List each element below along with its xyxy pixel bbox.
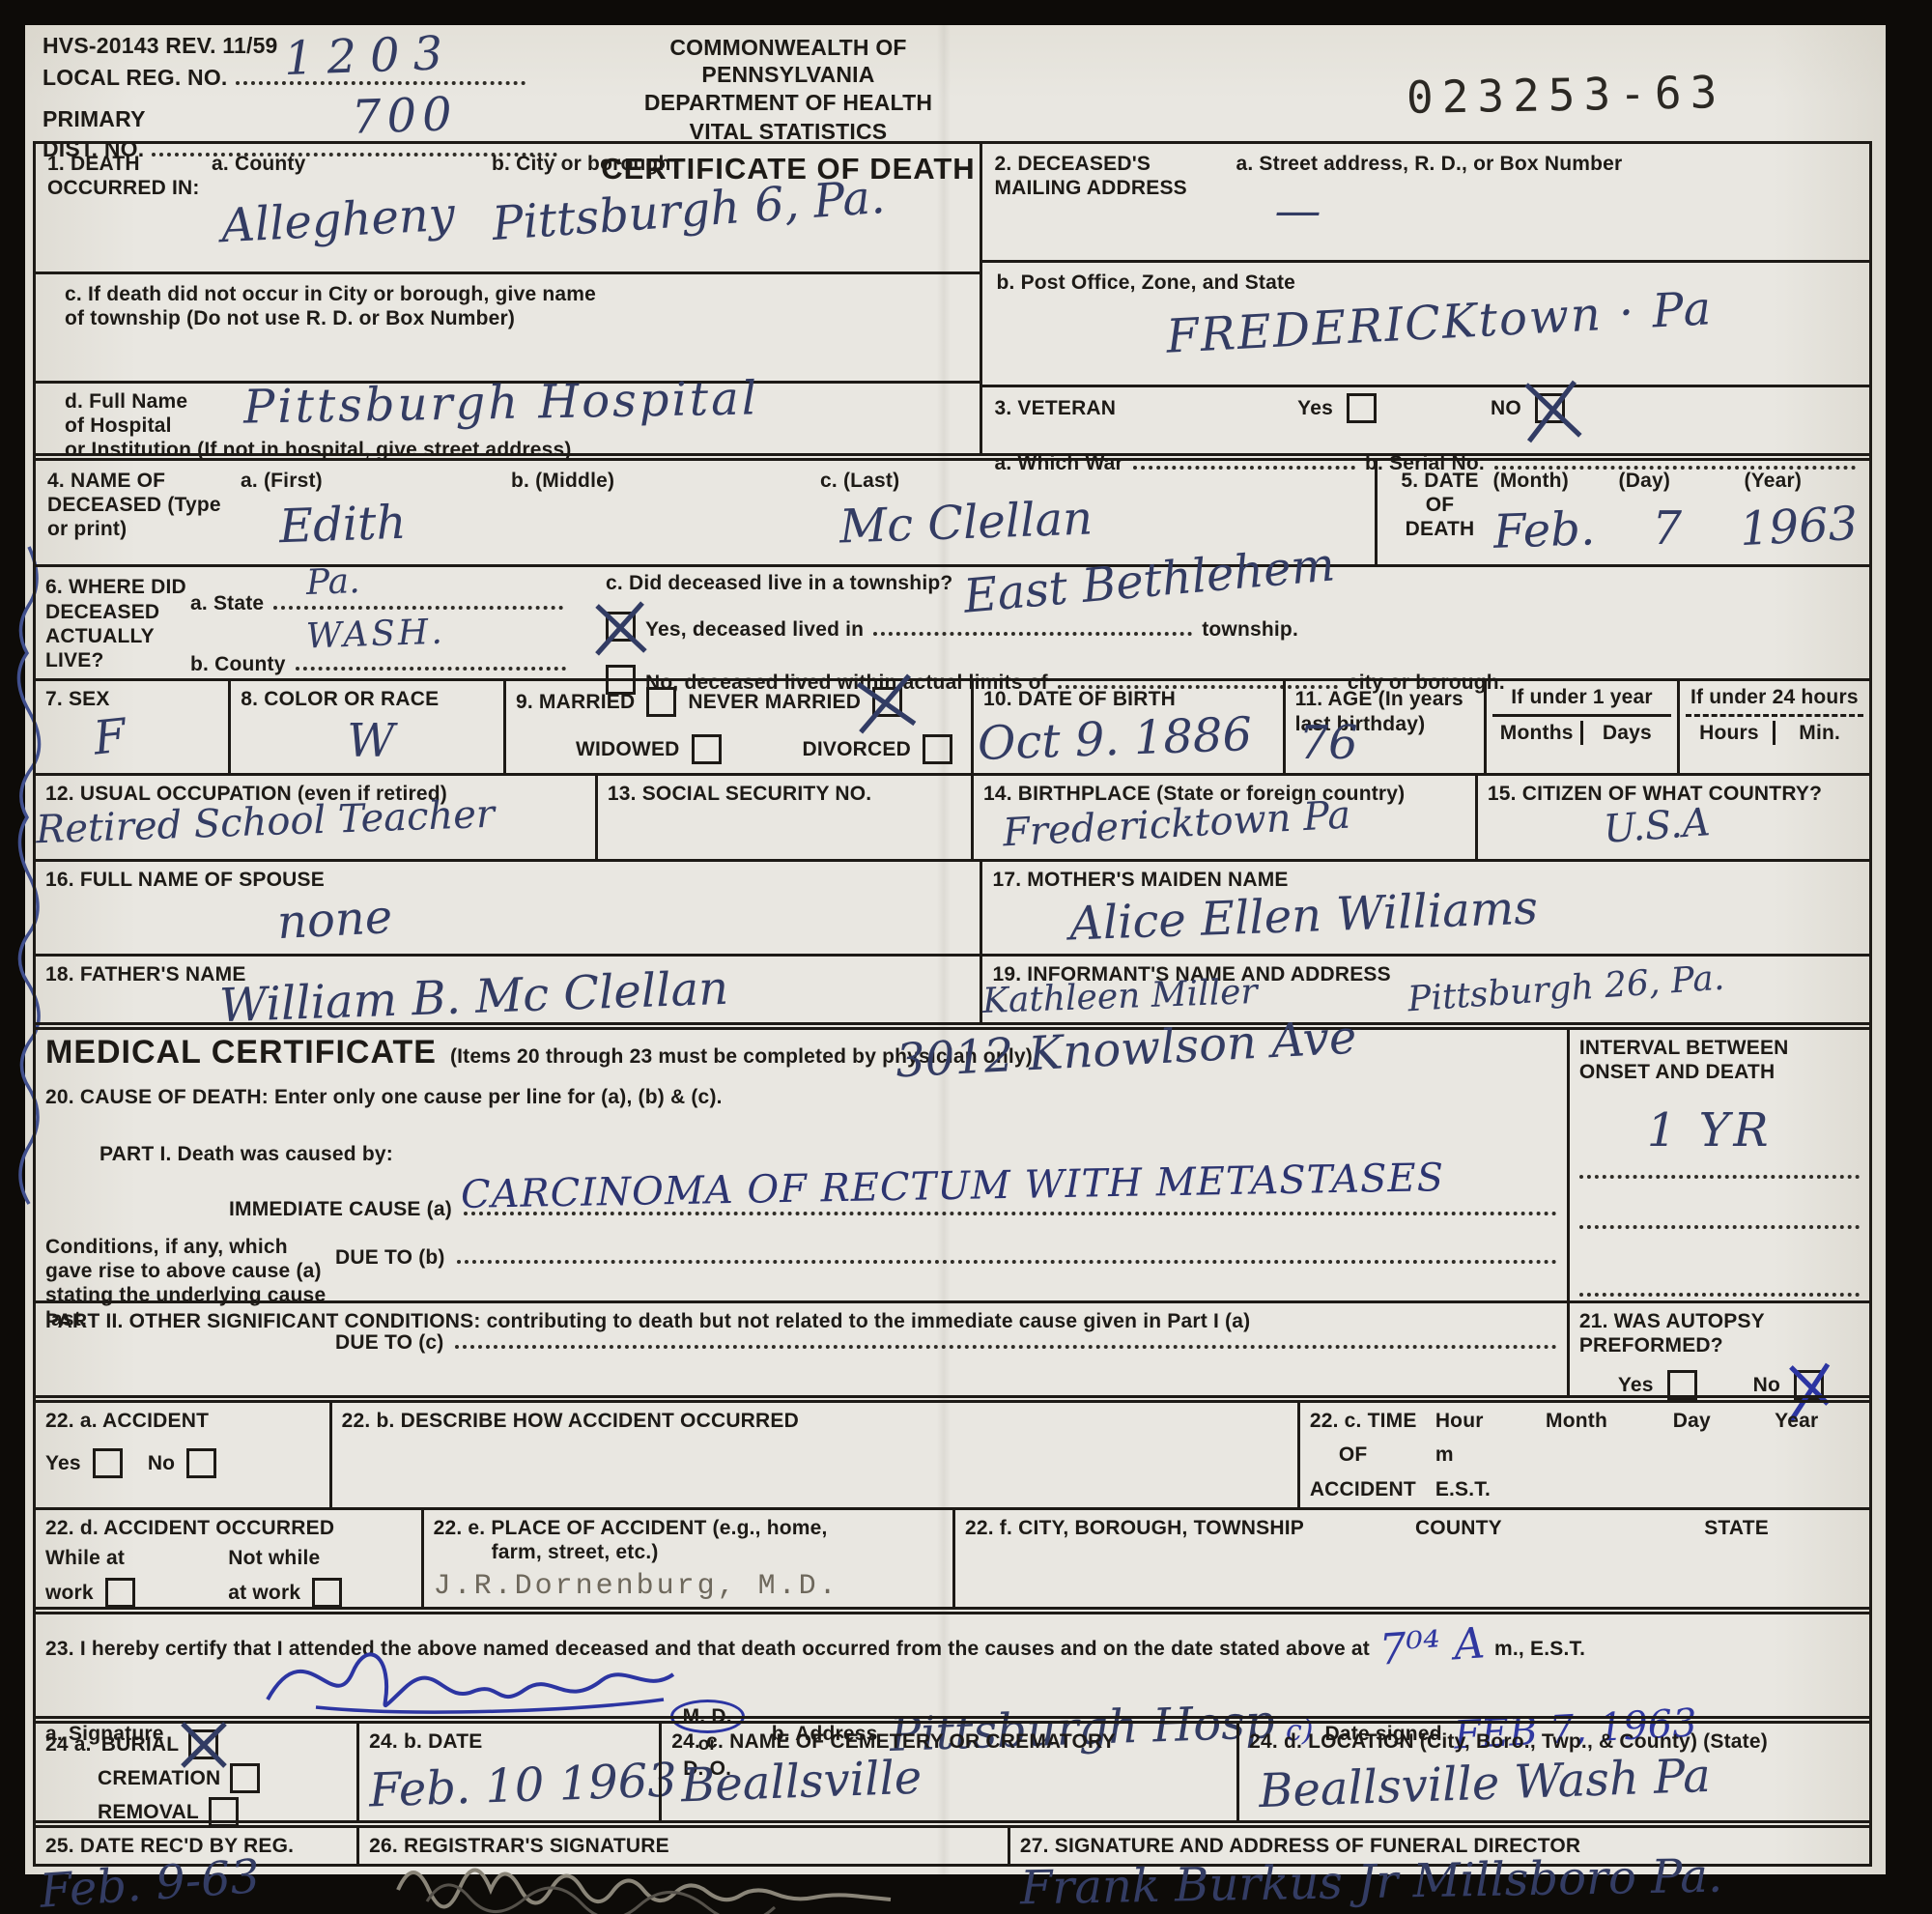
s24a-label: 24 a. — [45, 1732, 92, 1757]
section-22b: 22. b. DESCRIBE HOW ACCIDENT OCCURRED — [329, 1403, 1297, 1507]
s5-label3: DEATH — [1387, 517, 1493, 541]
x-mark-icon — [600, 606, 642, 648]
s8-label: 8. COLOR OR RACE — [241, 687, 494, 711]
s5-year-value: 1963 — [1738, 500, 1859, 553]
section-4: 4. NAME OF DECEASED (Type or print) a. (… — [36, 461, 1375, 564]
section-24b: 24. b. DATE Feb. 10 1963 — [356, 1724, 659, 1820]
checkbox-veteran-no — [1535, 393, 1565, 423]
department-line: DEPARTMENT OF HEALTH — [585, 90, 991, 117]
s4-middle-label: b. (Middle) — [511, 469, 820, 493]
section-9: 9. MARRIED NEVER MARRIED WIDOWED DIVORCE… — [503, 681, 971, 773]
s10-value: Oct 9. 1886 — [977, 711, 1253, 767]
due-b-dots — [457, 1241, 1557, 1264]
s22c-m: m — [1435, 1443, 1860, 1467]
interval-dots-b — [1579, 1206, 1860, 1229]
s22c-of: OF — [1310, 1443, 1435, 1467]
row-part2-autopsy: PART II. OTHER SIGNIFICANT CONDITIONS: c… — [36, 1300, 1869, 1395]
form-grid: 1. DEATH OCCURRED IN: a. County Alleghen… — [33, 141, 1872, 1867]
section-6: 6. WHERE DID DECEASED ACTUALLY LIVE? a. … — [36, 567, 1869, 678]
s22c-hour: Hour — [1435, 1409, 1546, 1433]
x-mark-icon — [183, 1724, 225, 1766]
primary-dist-value: 700 — [351, 91, 458, 141]
section-11-under1: If under 1 year Months Days — [1484, 681, 1676, 773]
section-27: 27. SIGNATURE AND ADDRESS OF FUNERAL DIR… — [1008, 1828, 1869, 1864]
s25-value: Feb. 9-63 — [39, 1853, 262, 1914]
row-death-occurred: 1. DEATH OCCURRED IN: a. County Alleghen… — [36, 144, 1869, 453]
s5-day-value: 7 — [1653, 505, 1683, 552]
section-7: 7. SEX F — [36, 681, 228, 773]
s24d-label: 24. d. LOCATION (City, Boro., Twp., & Co… — [1249, 1729, 1860, 1754]
s22d-while2: work — [45, 1581, 94, 1605]
section-16: 16. FULL NAME OF SPOUSE none — [36, 862, 980, 954]
certificate-paper: HVS-20143 REV. 11/59 LOCAL REG. NO. 1203… — [25, 25, 1886, 1874]
s7-label: 7. SEX — [45, 687, 218, 711]
s2-street-label: a. Street address, R. D., or Box Number — [1236, 152, 1869, 176]
checkbox-married — [646, 687, 676, 717]
part2-box: PART II. OTHER SIGNIFICANT CONDITIONS: c… — [36, 1303, 1567, 1395]
s4-last-value: Mc Clellan — [838, 495, 1094, 550]
interval-column: INTERVAL BETWEEN ONSET AND DEATH 1 YR — [1567, 1030, 1869, 1300]
s22c-label: 22. c. TIME — [1310, 1409, 1435, 1433]
section-10: 10. DATE OF BIRTH Oct 9. 1886 — [971, 681, 1283, 773]
s3-yes-label: Yes — [1297, 396, 1333, 420]
s22c-day: Day — [1673, 1409, 1775, 1433]
interval-dots-a — [1579, 1156, 1860, 1179]
commonwealth-line: COMMONWEALTH OF PENNSYLVANIA — [585, 35, 991, 88]
s11-value: 76 — [1299, 720, 1358, 766]
s22f-state: STATE — [1665, 1516, 1769, 1601]
row-medical-certificate: MEDICAL CERTIFICATE (Items 20 through 23… — [36, 1022, 1869, 1300]
section-22f: 22. f. CITY, BOROUGH, TOWNSHIP COUNTY ST… — [952, 1510, 1869, 1607]
row-father-informant: 18. FATHER'S NAME William B. Mc Clellan … — [36, 954, 1869, 1022]
s11-min-label: Min. — [1776, 721, 1863, 745]
s2-street-value: — — [1274, 187, 1321, 234]
s22e-label1: 22. e. PLACE OF ACCIDENT (e.g., home, — [434, 1516, 943, 1540]
section-5: 5. DATE OF DEATH (Month) (Day) (Year) Fe… — [1375, 461, 1869, 564]
s6-state-label: a. State — [190, 591, 264, 615]
s9-divorced-label: DIVORCED — [803, 737, 911, 761]
checkbox-divorced — [923, 734, 952, 764]
interval-dots-c — [1579, 1273, 1860, 1297]
s6-township-suffix: township. — [1202, 617, 1298, 642]
s5-month-label: (Month) — [1493, 469, 1619, 493]
s4-label: 4. NAME OF DECEASED (Type or print) — [36, 461, 241, 564]
section-24c: 24. c. NAME OF CEMETERY OR CREMATORY Bea… — [659, 1724, 1236, 1820]
s1-township-label: c. If death did not occur in City or bor… — [65, 282, 606, 330]
s16-value: none — [276, 894, 393, 946]
s19-street-value: 3012 Knowlson Ave — [895, 1014, 1357, 1085]
s3-no-label: NO — [1491, 396, 1521, 420]
s24c-label: 24. c. NAME OF CEMETERY OR CREMATORY — [671, 1729, 1227, 1754]
s9-never-label: NEVER MARRIED — [688, 690, 861, 714]
s8-value: W — [347, 718, 394, 764]
s11-days-label: Days — [1583, 721, 1671, 745]
s1-hospital-value: Pittsburgh Hospital — [243, 375, 760, 430]
s24b-label: 24. b. DATE — [369, 1729, 649, 1754]
s22d-not2: at work — [228, 1581, 300, 1605]
checkbox-not-while-at-work — [312, 1578, 342, 1608]
s22a-yes-label: Yes — [45, 1451, 81, 1475]
s5-year-label: (Year) — [1745, 469, 1803, 493]
local-reg-value: 1203 — [283, 30, 457, 82]
checkbox-accident-yes — [93, 1448, 123, 1478]
s13-label: 13. SOCIAL SECURITY NO. — [608, 782, 961, 806]
s22c-accident: ACCIDENT — [1310, 1477, 1435, 1501]
section-22d: 22. d. ACCIDENT OCCURRED While at work N… — [36, 1510, 421, 1607]
section-23: 23. I hereby certify that I attended the… — [36, 1614, 1869, 1716]
s9-married-label: 9. MARRIED — [516, 690, 635, 714]
section-11-under24: If under 24 hours Hours Min. — [1677, 681, 1869, 773]
section-26: 26. REGISTRAR'S SIGNATURE — [356, 1828, 1008, 1864]
s22a-no-label: No — [148, 1451, 175, 1475]
s5-day-label: (Day) — [1619, 469, 1745, 493]
s20-label: 20. CAUSE OF DEATH: Enter only one cause… — [45, 1085, 1557, 1109]
s23-time-value: 7⁰⁴ A — [1378, 1622, 1487, 1671]
s24-burial-label: BURIAL — [101, 1732, 180, 1757]
s1-county: a. County Allegheny — [212, 144, 492, 271]
row-burial: 24 a. BURIAL CREMATION REMOVAL 24. b. DA… — [36, 1716, 1869, 1820]
row-registrar: 25. DATE REC'D BY REG. Feb. 9-63 26. REG… — [36, 1820, 1869, 1864]
checkbox-while-at-work — [105, 1578, 135, 1608]
s23-time-suffix: m., E.S.T. — [1494, 1637, 1585, 1661]
primary-label: PRIMARY — [43, 106, 583, 133]
s22f-label: 22. f. CITY, BOROUGH, TOWNSHIP — [965, 1516, 1377, 1601]
checkbox-burial — [188, 1729, 218, 1759]
s6-county-label: b. County — [190, 652, 286, 676]
s11-under24-label: If under 24 hours — [1686, 685, 1863, 716]
s22d-label: 22. d. ACCIDENT OCCURRED — [45, 1516, 412, 1540]
s9-widowed-label: WIDOWED — [576, 737, 680, 761]
s15-value: U.S.A — [1603, 803, 1712, 849]
s5-label2: OF — [1387, 493, 1493, 517]
s11-under1-label: If under 1 year — [1492, 685, 1670, 716]
s27-value: Frank Burkus Jr Millsboro Pa. — [1020, 1852, 1723, 1911]
physician-signature-scribble — [258, 1636, 683, 1713]
x-mark-icon — [867, 681, 909, 724]
due-b-label: DUE TO (b) — [335, 1245, 445, 1270]
section-22e: 22. e. PLACE OF ACCIDENT (e.g., home, fa… — [421, 1510, 952, 1607]
s22c-est: E.S.T. — [1435, 1477, 1860, 1501]
section-17: 17. MOTHER'S MAIDEN NAME Alice Ellen Wil… — [980, 862, 1869, 954]
interval-value: 1 YR — [1647, 1107, 1773, 1154]
section-11: 11. AGE (In years last birthday) 76 — [1283, 681, 1485, 773]
medical-title: MEDICAL CERTIFICATE — [45, 1034, 437, 1071]
s22a-label: 22. a. ACCIDENT — [45, 1409, 320, 1433]
s22e-label2: farm, street, etc.) — [434, 1540, 943, 1564]
medical-left: MEDICAL CERTIFICATE (Items 20 through 23… — [36, 1030, 1567, 1300]
s6-county-value: WASH. — [305, 615, 445, 655]
s1-city-value: Pittsburgh 6, Pa. — [491, 174, 887, 247]
section-19: 19. INFORMANT'S NAME AND ADDRESS Kathlee… — [980, 957, 1869, 1022]
section-18: 18. FATHER'S NAME William B. Mc Clellan — [36, 957, 980, 1022]
section-13: 13. SOCIAL SECURITY NO. — [595, 776, 971, 859]
s24c-value: Beallsville — [681, 1754, 923, 1809]
s2-postoffice-value: FREDERICKtown · Pa — [1166, 285, 1715, 360]
registrar-signature-scribble — [388, 1851, 929, 1909]
s21-label: 21. WAS AUTOPSY PREFORMED? — [1579, 1309, 1860, 1357]
row-occupation: 12. USUAL OCCUPATION (even if retired) R… — [36, 773, 1869, 859]
s4-last-label: c. (Last) — [820, 469, 1375, 493]
s21-no-label: No — [1753, 1373, 1780, 1397]
s6-yes-text: Yes, deceased lived in — [645, 617, 864, 642]
s1-city-label: b. City or borough — [492, 152, 980, 176]
s3-label: 3. VETERAN — [994, 396, 1116, 420]
section-24d: 24. d. LOCATION (City, Boro., Twp., & Co… — [1236, 1724, 1869, 1820]
row-spouse-mother: 16. FULL NAME OF SPOUSE none 17. MOTHER'… — [36, 859, 1869, 954]
section-1: 1. DEATH OCCURRED IN: a. County Alleghen… — [36, 144, 980, 453]
s6-state-value: Pa. — [305, 564, 360, 601]
s22d-while1: While at — [45, 1546, 228, 1570]
s1-city: b. City or borough Pittsburgh 6, Pa. — [492, 144, 980, 271]
section-15: 15. CITIZEN OF WHAT COUNTRY? U.S.A — [1475, 776, 1869, 859]
s5-month-value: Feb. — [1492, 505, 1596, 556]
section-24a: 24 a. BURIAL CREMATION REMOVAL — [36, 1724, 356, 1820]
s21-yes-label: Yes — [1618, 1373, 1654, 1397]
row-name-date: 4. NAME OF DECEASED (Type or print) a. (… — [36, 453, 1869, 564]
interval-label: INTERVAL BETWEEN ONSET AND DEATH — [1579, 1036, 1860, 1084]
checkbox-township-yes — [606, 612, 636, 642]
s24d-value: Beallsville Wash Pa — [1258, 1753, 1711, 1814]
section-2-3: 2. DECEASED'S MAILING ADDRESS a. Street … — [980, 144, 1869, 453]
s2-postoffice-label: b. Post Office, Zone, and State — [996, 271, 1869, 295]
section-22a: 22. a. ACCIDENT Yes No — [36, 1403, 329, 1507]
s24-cremation-label: CREMATION — [98, 1766, 220, 1790]
section-8: 8. COLOR OR RACE W — [228, 681, 503, 773]
checkbox-accident-no — [186, 1448, 216, 1478]
s19-name-value: Kathleen Miller — [982, 975, 1259, 1019]
row-demographics: 7. SEX F 8. COLOR OR RACE W 9. MARRIED N… — [36, 678, 1869, 773]
row-accident-def: 22. d. ACCIDENT OCCURRED While at work N… — [36, 1507, 1869, 1607]
immediate-cause-label: IMMEDIATE CAUSE (a) — [229, 1197, 452, 1221]
s7-value: F — [92, 713, 128, 762]
s1-label: 1. DEATH OCCURRED IN: — [36, 144, 212, 271]
checkbox-widowed — [692, 734, 722, 764]
s4-first-value: Edith — [278, 500, 407, 551]
certificate-number: 023253-63 — [1406, 66, 1726, 124]
s23-certify-text: 23. I hereby certify that I attended the… — [45, 1637, 1370, 1661]
section-14: 14. BIRTHPLACE (State or foreign country… — [971, 776, 1475, 859]
s2-label: 2. DECEASED'S MAILING ADDRESS — [982, 144, 1236, 260]
row-accident-abc: 22. a. ACCIDENT Yes No 22. b. DESCRIBE H… — [36, 1395, 1869, 1507]
s4-first-label: a. (First) — [241, 469, 511, 493]
section-22c: 22. c. TIME OF ACCIDENT Hour Month Day Y… — [1297, 1403, 1869, 1507]
x-mark-icon — [1529, 387, 1572, 430]
part2-label: PART II. OTHER SIGNIFICANT CONDITIONS: c… — [45, 1309, 1557, 1333]
local-reg-label: LOCAL REG. NO. — [43, 65, 228, 92]
s11-months-label: Months — [1492, 721, 1583, 745]
s24b-value: Feb. 10 1963 — [368, 1757, 677, 1814]
s17-value: Alice Ellen Williams — [1069, 885, 1539, 948]
s22b-label: 22. b. DESCRIBE HOW ACCIDENT OCCURRED — [342, 1409, 1288, 1433]
s22c-month: Month — [1546, 1409, 1673, 1433]
s1-county-label: a. County — [212, 152, 492, 176]
s11-hours-label: Hours — [1686, 721, 1776, 745]
row-residence: 6. WHERE DID DECEASED ACTUALLY LIVE? a. … — [36, 564, 1869, 678]
s22c-year: Year — [1775, 1409, 1818, 1433]
s16-label: 16. FULL NAME OF SPOUSE — [45, 868, 970, 892]
checkbox-cremation — [230, 1763, 260, 1793]
physician-stamp: J.R.Dornenburg, M.D. — [434, 1570, 943, 1603]
s1-county-value: Allegheny — [220, 191, 456, 250]
s22f-county: COUNTY — [1377, 1516, 1665, 1601]
s22d-not1: Not while — [228, 1546, 342, 1570]
s5-label1: 5. DATE — [1387, 469, 1493, 493]
checkbox-never-married — [872, 687, 902, 717]
section-25: 25. DATE REC'D BY REG. Feb. 9-63 — [36, 1828, 356, 1864]
section-21: 21. WAS AUTOPSY PREFORMED? Yes No — [1567, 1303, 1869, 1395]
s6-label: 6. WHERE DID DECEASED ACTUALLY LIVE? — [45, 571, 190, 674]
checkbox-veteran-yes — [1347, 393, 1377, 423]
row-certify: 23. I hereby certify that I attended the… — [36, 1607, 1869, 1716]
section-12: 12. USUAL OCCUPATION (even if retired) R… — [36, 776, 595, 859]
